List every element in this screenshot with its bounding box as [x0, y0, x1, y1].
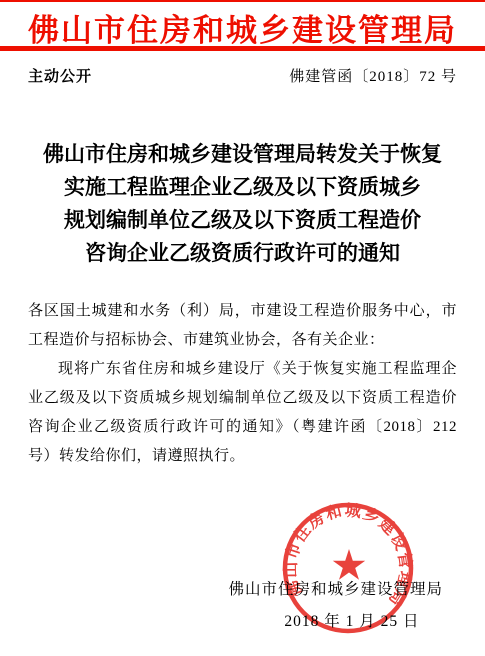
signature-agency: 佛山市住房和城乡建设管理局: [0, 577, 443, 599]
document-title-line-1: 佛山市住房和城乡建设管理局转发关于恢复: [26, 138, 459, 171]
meta-row: 主动公开 佛建管函〔2018〕72 号: [28, 65, 457, 86]
document-header-agency: 佛山市住房和城乡建设管理局: [8, 5, 477, 50]
main-paragraph: 现将广东省住房和城乡建设厅《关于恢复实施工程监理企业乙级及以下资质城乡规划编制单…: [28, 355, 457, 471]
document-title-line-4: 咨询企业乙级资质行政许可的通知: [26, 237, 459, 270]
document-body: 各区国土城建和水务（利）局，市建设工程造价服务中心，市工程造价与招标协会、市建筑…: [28, 297, 457, 471]
official-document-page: 佛山市住房和城乡建设管理局 主动公开 佛建管函〔2018〕72 号 佛山市住房和…: [0, 0, 485, 656]
document-number: 佛建管函〔2018〕72 号: [289, 65, 457, 86]
signature-date: 2018 年 1 月 25 日: [262, 609, 442, 631]
red-double-rule: [0, 46, 485, 51]
top-red-rule: [0, 0, 485, 2]
star-icon: [333, 549, 365, 580]
document-title: 佛山市住房和城乡建设管理局转发关于恢复 实施工程监理企业乙级及以下资质城乡 规划…: [26, 138, 459, 270]
document-title-line-3: 规划编制单位乙级及以下资质工程造价: [26, 204, 459, 237]
document-title-line-2: 实施工程监理企业乙级及以下资质城乡: [26, 171, 459, 204]
salutation-paragraph: 各区国土城建和水务（利）局，市建设工程造价服务中心，市工程造价与招标协会、市建筑…: [28, 297, 457, 355]
publicity-label: 主动公开: [28, 65, 92, 86]
